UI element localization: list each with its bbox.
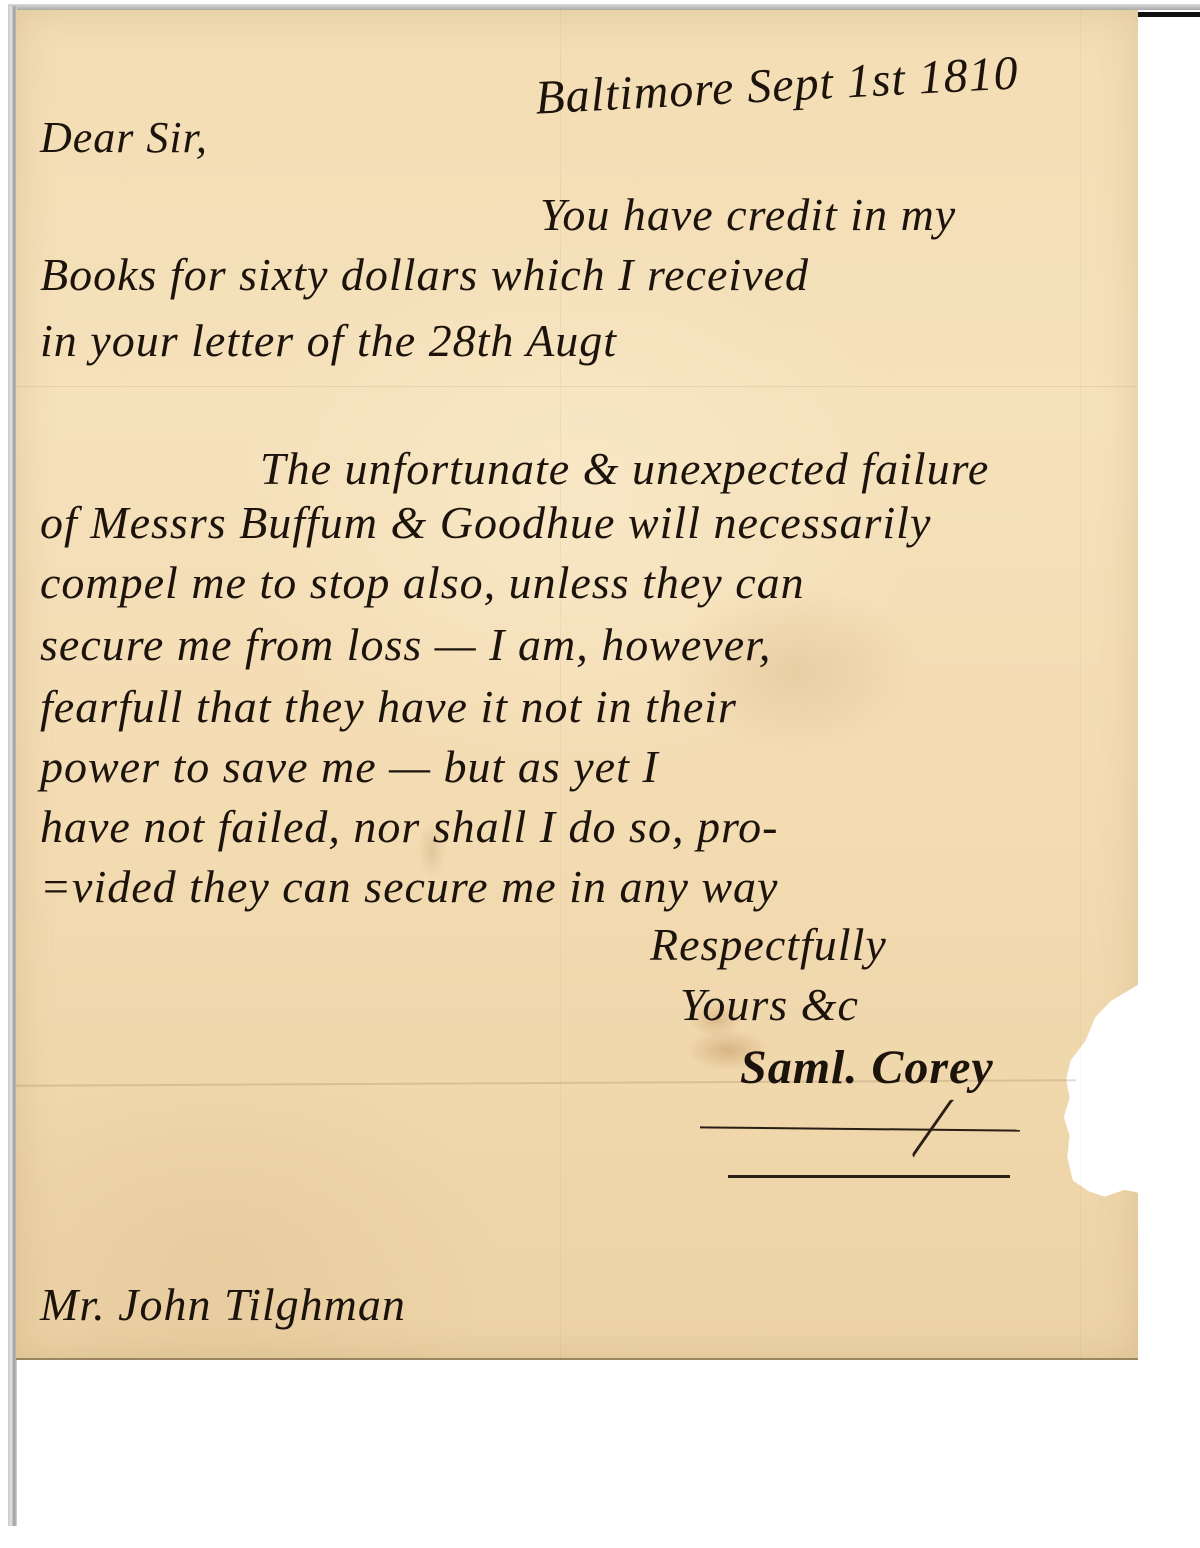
paper-bottom-edge xyxy=(16,1358,1138,1360)
letter-line: power to save me — but as yet I xyxy=(40,740,659,793)
scanner-edge-left xyxy=(8,6,17,1526)
letter-line: of Messrs Buffum & Goodhue will necessar… xyxy=(40,496,931,549)
letter-line: Books for sixty dollars which I received xyxy=(40,248,809,301)
scanner-edge-top xyxy=(8,4,1200,10)
letter-line: in your letter of the 28th Augt xyxy=(40,314,617,367)
letter-line: compel me to stop also, unless they can xyxy=(40,556,805,609)
letter-closing-yours: Yours &c xyxy=(680,978,859,1031)
letter-line: The unfortunate & unexpected failure xyxy=(260,442,989,495)
fold-crease xyxy=(16,386,1136,387)
letter-closing: Respectfully xyxy=(650,918,887,971)
letter-line: =vided they can secure me in any way xyxy=(40,860,778,913)
letter-line: secure me from loss — I am, however, xyxy=(40,618,771,671)
letter-addressee: Mr. John Tilghman xyxy=(40,1278,406,1331)
letter-signature: Saml. Corey xyxy=(740,1040,994,1095)
letter-line: have not failed, nor shall I do so, pro- xyxy=(40,800,778,853)
letter-line: fearfull that they have it not in their xyxy=(40,680,737,733)
letter-salutation: Dear Sir, xyxy=(40,112,208,163)
signature-underline xyxy=(728,1175,1010,1178)
scanned-page: Baltimore Sept 1st 1810 Dear Sir, You ha… xyxy=(0,0,1200,1548)
fold-crease xyxy=(1080,10,1081,1360)
scanner-bar-right xyxy=(1136,12,1200,17)
letter-line: You have credit in my xyxy=(540,188,956,241)
